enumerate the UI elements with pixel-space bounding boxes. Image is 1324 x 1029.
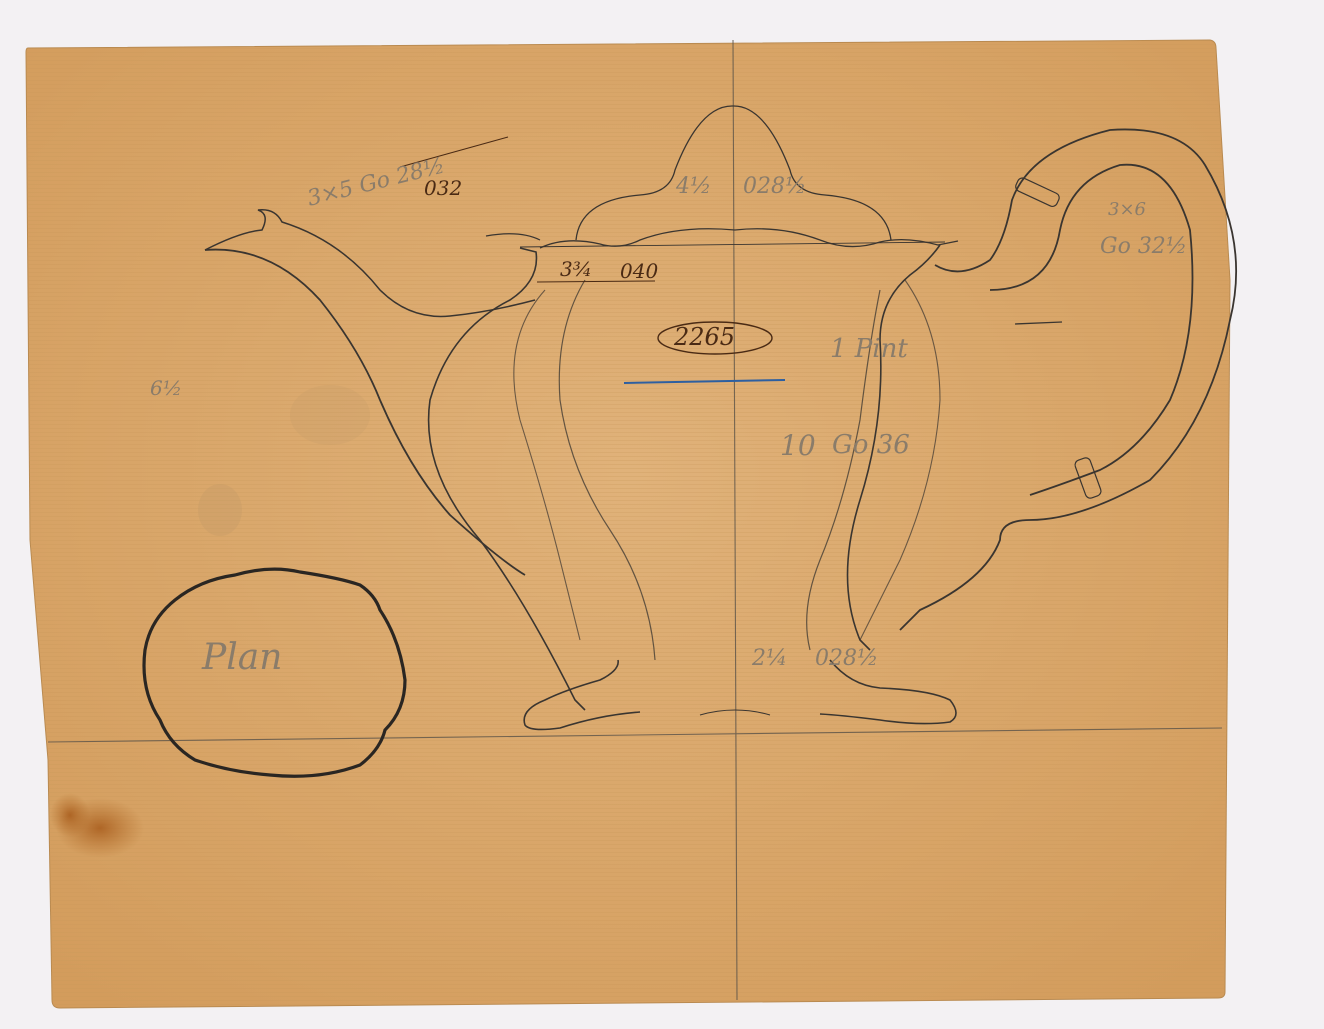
lid-note: 4½ — [676, 176, 711, 198]
body-note: 10 — [780, 432, 816, 460]
drawing-sheet — [0, 0, 1324, 1029]
capacity-note: 1 Pint — [830, 336, 908, 362]
design-number: 2265 — [674, 325, 735, 349]
foot-gauge: 028½ — [815, 648, 878, 670]
lid-gauge: 028½ — [743, 176, 806, 198]
handle-gauge: Go 32½ — [1100, 236, 1187, 258]
handle-size: 3×6 — [1108, 201, 1146, 219]
foot-note: 2¼ — [752, 648, 787, 670]
spout-gauge: 032 — [424, 178, 462, 198]
rim-note: 3¾ — [560, 259, 592, 279]
rim-gauge: 040 — [620, 261, 658, 281]
body-gauge: Go 36 — [832, 432, 910, 458]
height-note: 6½ — [150, 378, 182, 398]
plan-label: Plan — [202, 640, 282, 676]
